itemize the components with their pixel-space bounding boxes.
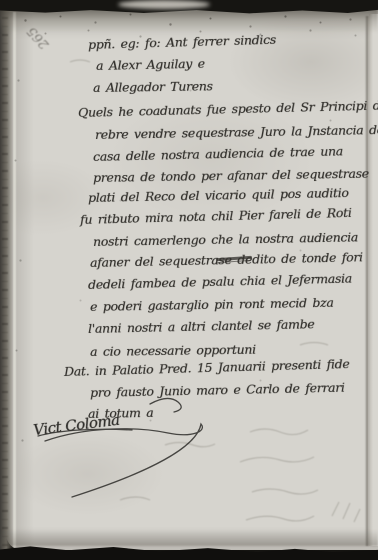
heading-line: a Alexr Aguilay e xyxy=(96,58,205,73)
heading-line: a Allegador Turens xyxy=(93,80,213,94)
manuscript-scan-page: 265 ppñ. eg: fo: Ant ferrer sindics a Al… xyxy=(0,0,378,560)
binding-gutter-texture xyxy=(2,0,8,560)
adjacent-page-edge xyxy=(369,14,378,546)
paper-speckles xyxy=(0,0,1,1)
page-left-edge xyxy=(13,12,16,547)
body-line: a cio necessarie opportuni xyxy=(90,344,256,359)
bottom-edge-shadow xyxy=(0,530,378,546)
top-edge-light-patch xyxy=(118,0,210,9)
